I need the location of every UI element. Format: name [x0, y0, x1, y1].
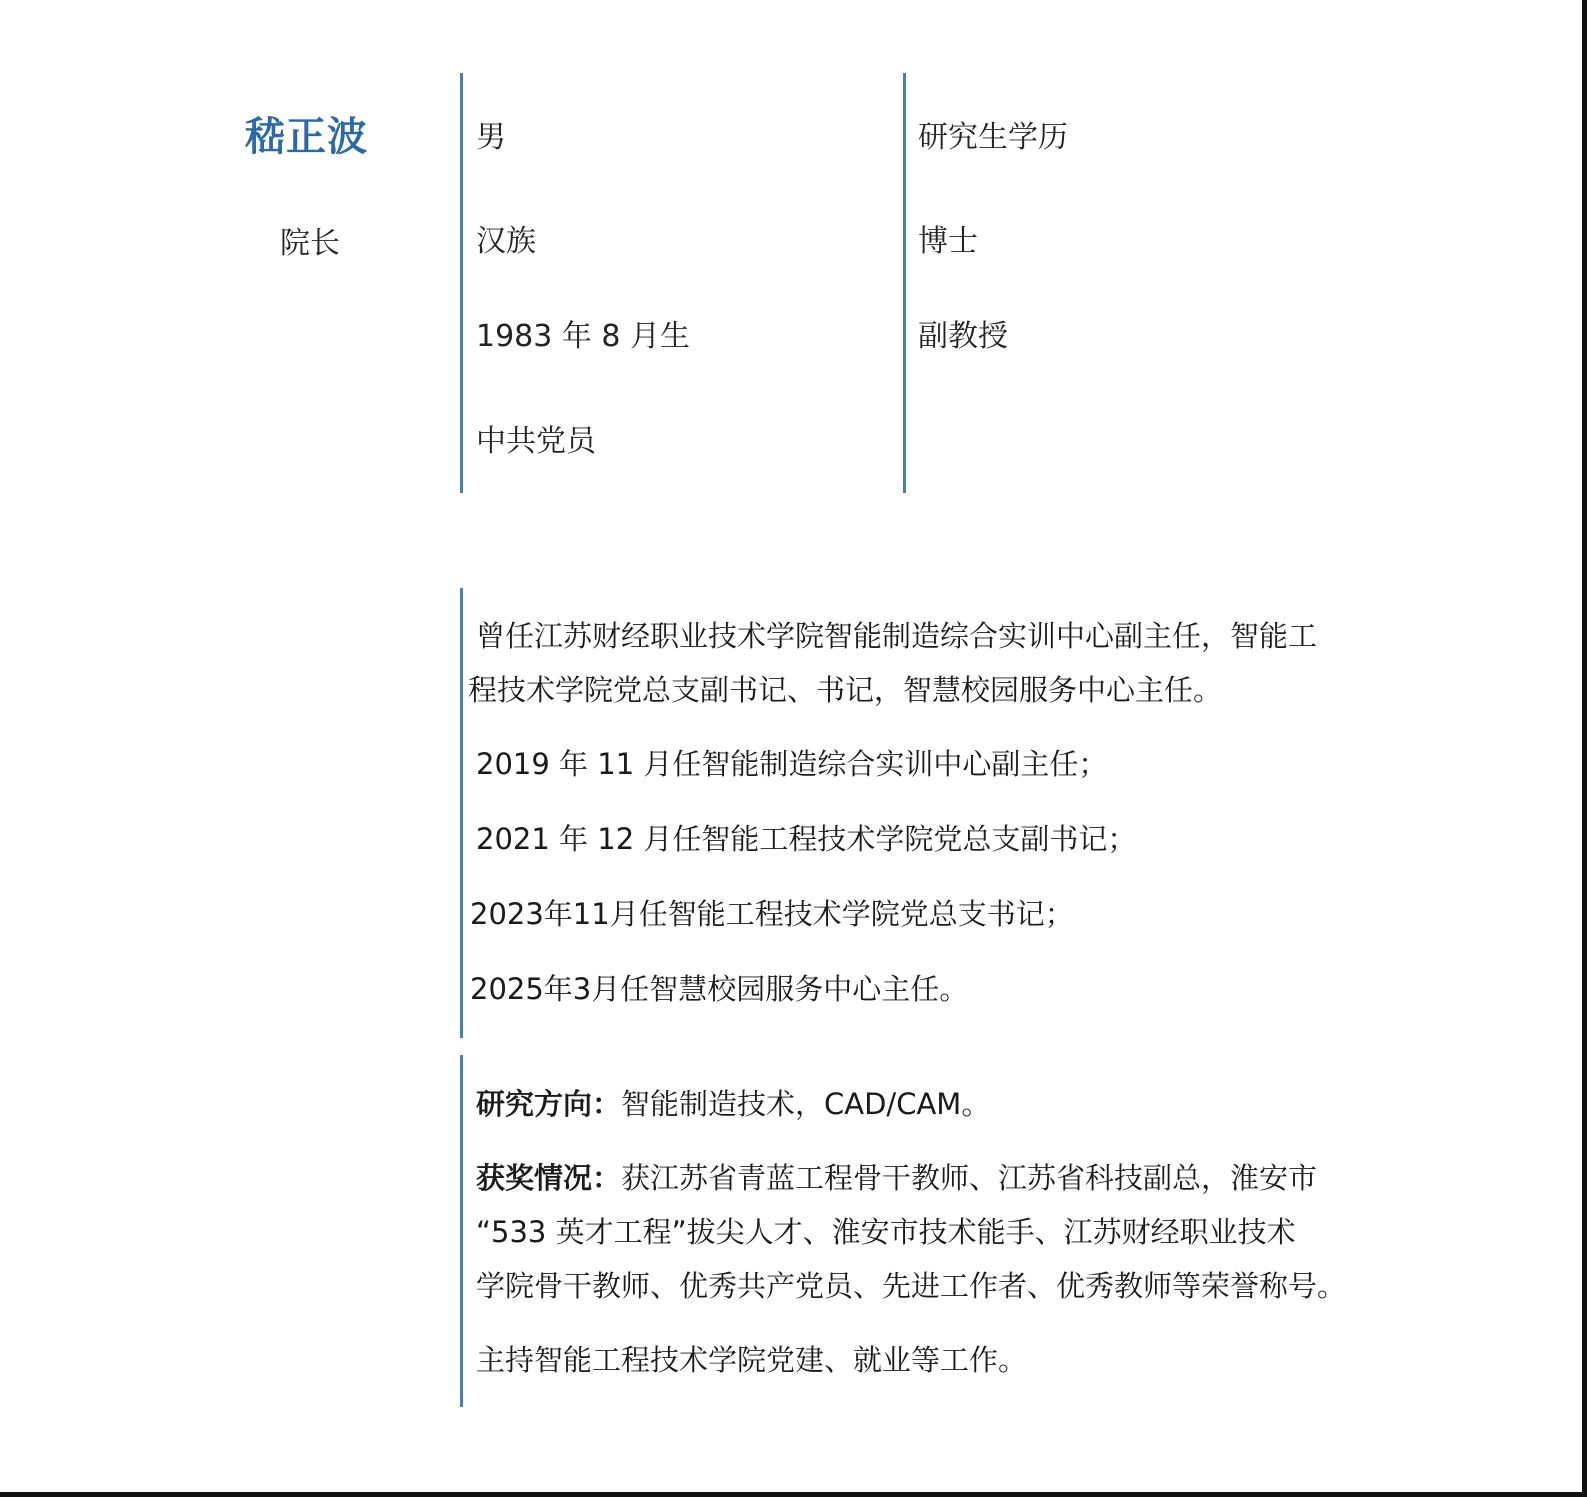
career-history-1: 2019 年 11 月任智能制造综合实训中心副主任； [476, 737, 1107, 791]
field-ethnicity: 汉族 [476, 216, 536, 260]
research-label: 研究方向： [476, 1087, 621, 1121]
career-summary-1: 曾任江苏财经职业技术学院智能制造综合实训中心副主任，智能工 [476, 609, 1317, 663]
awards-line-1: 获奖情况：获江苏省青蓝工程骨干教师、江苏省科技副总，淮安市 [476, 1151, 1317, 1205]
field-gender: 男 [476, 112, 506, 156]
field-degree: 博士 [918, 216, 978, 260]
profile-position: 院长 [280, 218, 340, 262]
divider-career [460, 588, 463, 1038]
career-history-4: 2025年3月任智慧校园服务中心主任。 [470, 962, 968, 1016]
divider-right [903, 73, 906, 493]
divider-left [460, 73, 463, 493]
career-summary-2: 程技术学院党总支副书记、书记，智慧校园服务中心主任。 [468, 663, 1222, 717]
awards-text-1: 获江苏省青蓝工程骨干教师、江苏省科技副总，淮安市 [621, 1161, 1317, 1195]
profile-name: 嵇正波 [245, 105, 368, 162]
awards-line-3: 学院骨干教师、优秀共产党员、先进工作者、优秀教师等荣誉称号。 [476, 1259, 1346, 1313]
divider-details [460, 1055, 463, 1407]
research-value: 智能制造技术，CAD/CAM。 [621, 1087, 990, 1121]
awards-line-2: “533 英才工程”拔尖人才、淮安市技术能手、江苏财经职业技术 [476, 1205, 1296, 1259]
field-rank: 副教授 [918, 311, 1008, 355]
field-birth: 1983 年 8 月生 [476, 311, 690, 355]
awards-label: 获奖情况： [476, 1161, 621, 1195]
duties-line: 主持智能工程技术学院党建、就业等工作。 [476, 1333, 1027, 1387]
frame-border-bottom [0, 1492, 1587, 1497]
frame-border-right [1582, 0, 1587, 1497]
career-history-3: 2023年11月任智能工程技术学院党总支书记； [470, 887, 1074, 941]
field-education: 研究生学历 [918, 112, 1068, 156]
field-party: 中共党员 [476, 416, 596, 460]
career-history-2: 2021 年 12 月任智能工程技术学院党总支副书记； [476, 812, 1136, 866]
research-line: 研究方向：智能制造技术，CAD/CAM。 [476, 1077, 990, 1131]
